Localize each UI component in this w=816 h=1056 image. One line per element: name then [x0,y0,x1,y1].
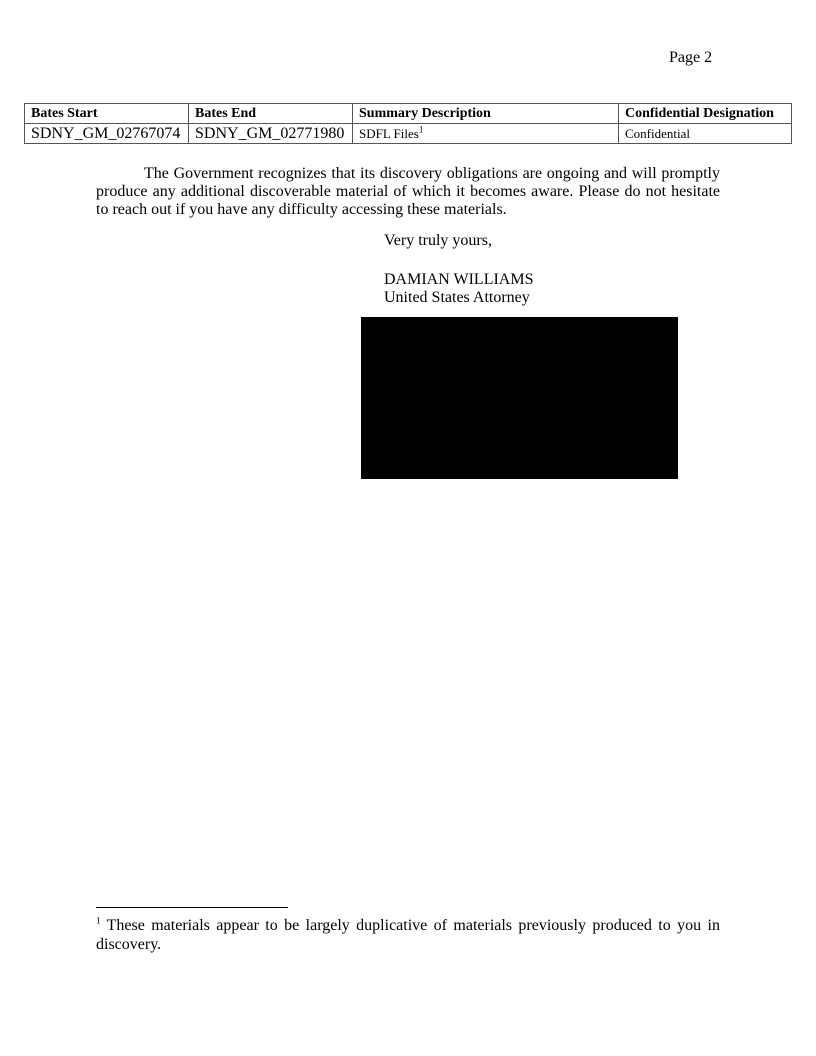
cell-bates-end: SDNY_GM_02771980 [189,124,353,144]
summary-text: SDFL Files [359,126,419,141]
bates-table: Bates Start Bates End Summary Descriptio… [24,103,792,144]
cell-bates-start: SDNY_GM_02767074 [25,124,189,144]
cell-designation: Confidential [619,124,792,144]
page-number: Page 2 [669,49,712,67]
footnote: 1 These materials appear to be largely d… [96,916,720,954]
redaction-block [361,317,678,479]
header-summary-description: Summary Description [353,104,619,124]
signer-name: DAMIAN WILLIAMS [384,271,533,289]
body-paragraph: The Government recognizes that its disco… [96,165,720,219]
header-bates-start: Bates Start [25,104,189,124]
closing: Very truly yours, [384,232,492,250]
footnote-divider [96,907,288,908]
cell-summary: SDFL Files1 [353,124,619,144]
body-paragraph-text: The Government recognizes that its disco… [96,165,720,218]
footnote-text: These materials appear to be largely dup… [96,917,720,953]
signer-title: United States Attorney [384,289,530,307]
table-row: SDNY_GM_02767074 SDNY_GM_02771980 SDFL F… [25,124,792,144]
header-confidential-designation: Confidential Designation [619,104,792,124]
footnote-ref: 1 [419,124,424,134]
header-bates-end: Bates End [189,104,353,124]
footnote-marker: 1 [96,916,101,926]
table-header-row: Bates Start Bates End Summary Descriptio… [25,104,792,124]
